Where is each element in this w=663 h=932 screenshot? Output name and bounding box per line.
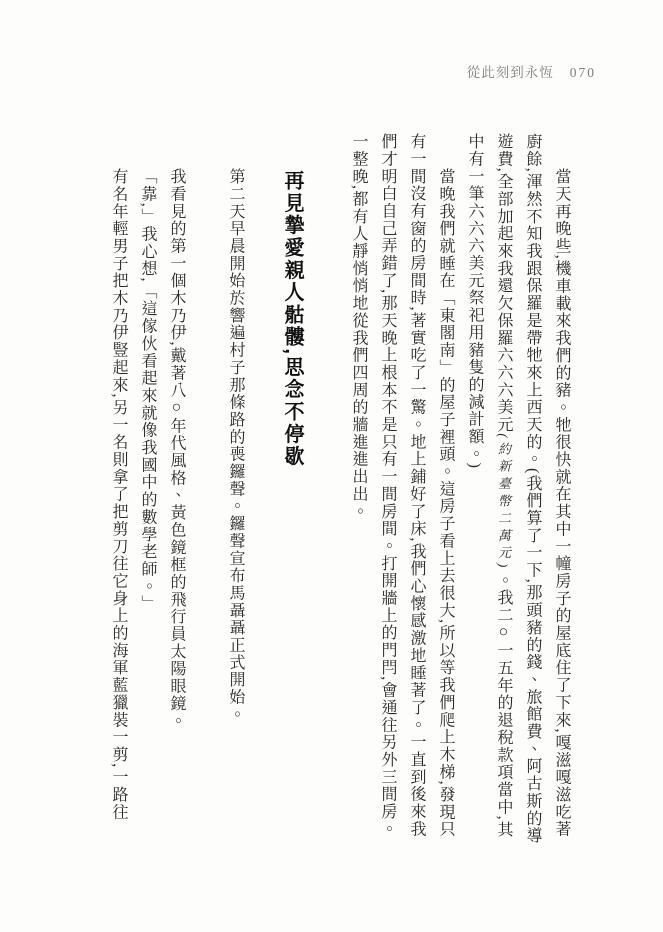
book-page: 從此刻到永恆 070 當天再晚些,機車載來我們的豬。牠很快就在其中一幢房子的屋底… — [0, 0, 663, 932]
running-head: 從此刻到永恆 070 — [467, 61, 596, 81]
paragraph: 當晚我們就睡在「東閣南」的屋子裡頭。這房子看上去很大,所以等我們爬上木梯,發現只… — [344, 133, 460, 845]
paragraph: 「靠,」我心想,「這傢伙看起來就像我國中的數學老師。」 — [133, 133, 162, 845]
currency-note: (約新臺幣二萬元) — [496, 433, 511, 571]
vertical-text-block: 當天再晚些,機車載來我們的豬。牠很快就在其中一幢房子的屋底住了下來,嘎滋嘎滋吃著… — [104, 133, 576, 845]
paragraph: 第二天早晨開始於響遍村子那條路的喪鑼聲。鑼聲宣布馬聶聶正式開始。 — [221, 133, 250, 845]
paragraph: 我看見的第一個木乃伊,戴著八○年代風格、黃色鏡框的飛行員太陽眼鏡。 — [162, 133, 191, 845]
paragraph: 當天再晚些,機車載來我們的豬。牠很快就在其中一幢房子的屋底住了下來,嘎滋嘎滋吃著… — [460, 133, 576, 845]
section-heading: 再見摯愛親人骷髏,思念不停歇 — [274, 133, 310, 845]
paragraph: 有名年輕男子把木乃伊豎起來,另一名則拿了把剪刀往它身上的海軍藍獵裝一剪,一路往 — [104, 133, 133, 845]
book-title: 從此刻到永恆 — [467, 61, 554, 81]
page-number: 070 — [570, 65, 596, 81]
